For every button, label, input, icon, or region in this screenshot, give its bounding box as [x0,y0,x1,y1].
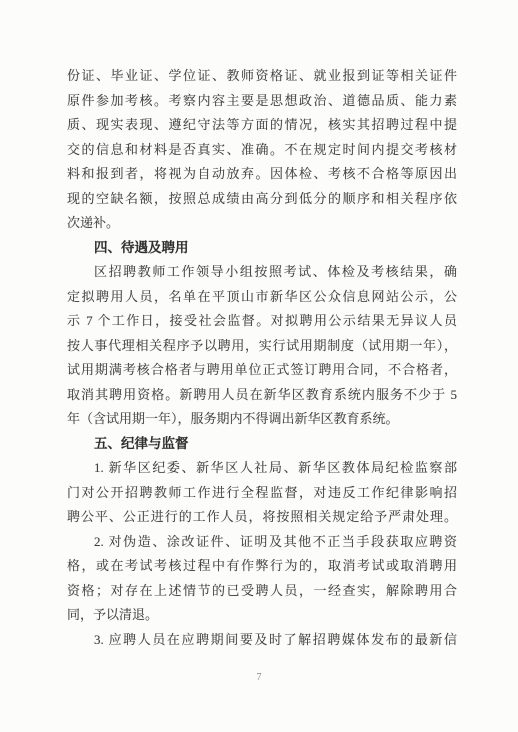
text-line: 2. 对伪造、涂改证件、证明及其他不正当手段获取应聘资 [67,530,457,555]
text-line: 原件参加考核。考察内容主要是思想政治、道德品质、能力素 [67,89,457,114]
text-line: 现的空缺名额，按照总成绩由高分到低分的顺序和相关程序依 [67,187,457,212]
text-line: 试用期满考核合格者与聘用单位正式签订聘用合同，不合格者， [67,358,457,383]
text-line: 格，或在考试考核过程中有作弊行为的，取消考试或取消聘用 [67,554,457,579]
text-line: 交的信息和材料是否真实、准确。不在规定时间内提交考核材 [67,138,457,163]
text-line: 年（含试用期一年），服务期内不得调出新华区教育系统。 [67,407,457,432]
text-line: 料和报到者，将视为自动放弃。因体检、考核不合格等原因出 [67,162,457,187]
text-line: 区招聘教师工作领导小组按照考试、体检及考核结果，确 [67,260,457,285]
text-line: 次递补。 [67,211,457,236]
section-heading: 四、待遇及聘用 [67,236,457,261]
text-line: 聘公平、公正进行的工作人员，将按照相关规定给予严肃处理。 [67,505,457,530]
text-line: 3. 应聘人员在应聘期间要及时了解招聘媒体发布的最新信 [67,628,457,653]
text-line: 取消其聘用资格。新聘用人员在新华区教育系统内服务不少于 5 [67,383,457,408]
page-number: 7 [0,672,518,683]
text-line: 同，予以清退。 [67,603,457,628]
text-line: 份证、毕业证、学位证、教师资格证、就业报到证等相关证件 [67,64,457,89]
text-line: 按人事代理相关程序予以聘用，实行试用期制度（试用期一年）， [67,334,457,359]
text-line: 门对公开招聘教师工作进行全程监督，对违反工作纪律影响招 [67,481,457,506]
document-body: 份证、毕业证、学位证、教师资格证、就业报到证等相关证件 原件参加考核。考察内容主… [67,64,457,652]
section-heading: 五、纪律与监督 [67,432,457,457]
text-line: 质、现实表现、遵纪守法等方面的情况，核实其招聘过程中提 [67,113,457,138]
text-line: 示 7 个工作日，接受社会监督。对拟聘用公示结果无异议人员 [67,309,457,334]
text-line: 资格；对存在上述情节的已受聘人员，一经查实，解除聘用合 [67,579,457,604]
document-page: 份证、毕业证、学位证、教师资格证、就业报到证等相关证件 原件参加考核。考察内容主… [0,0,518,732]
text-line: 1. 新华区纪委、新华区人社局、新华区教体局纪检监察部 [67,456,457,481]
text-line: 定拟聘用人员，名单在平顶山市新华区公众信息网站公示，公 [67,285,457,310]
